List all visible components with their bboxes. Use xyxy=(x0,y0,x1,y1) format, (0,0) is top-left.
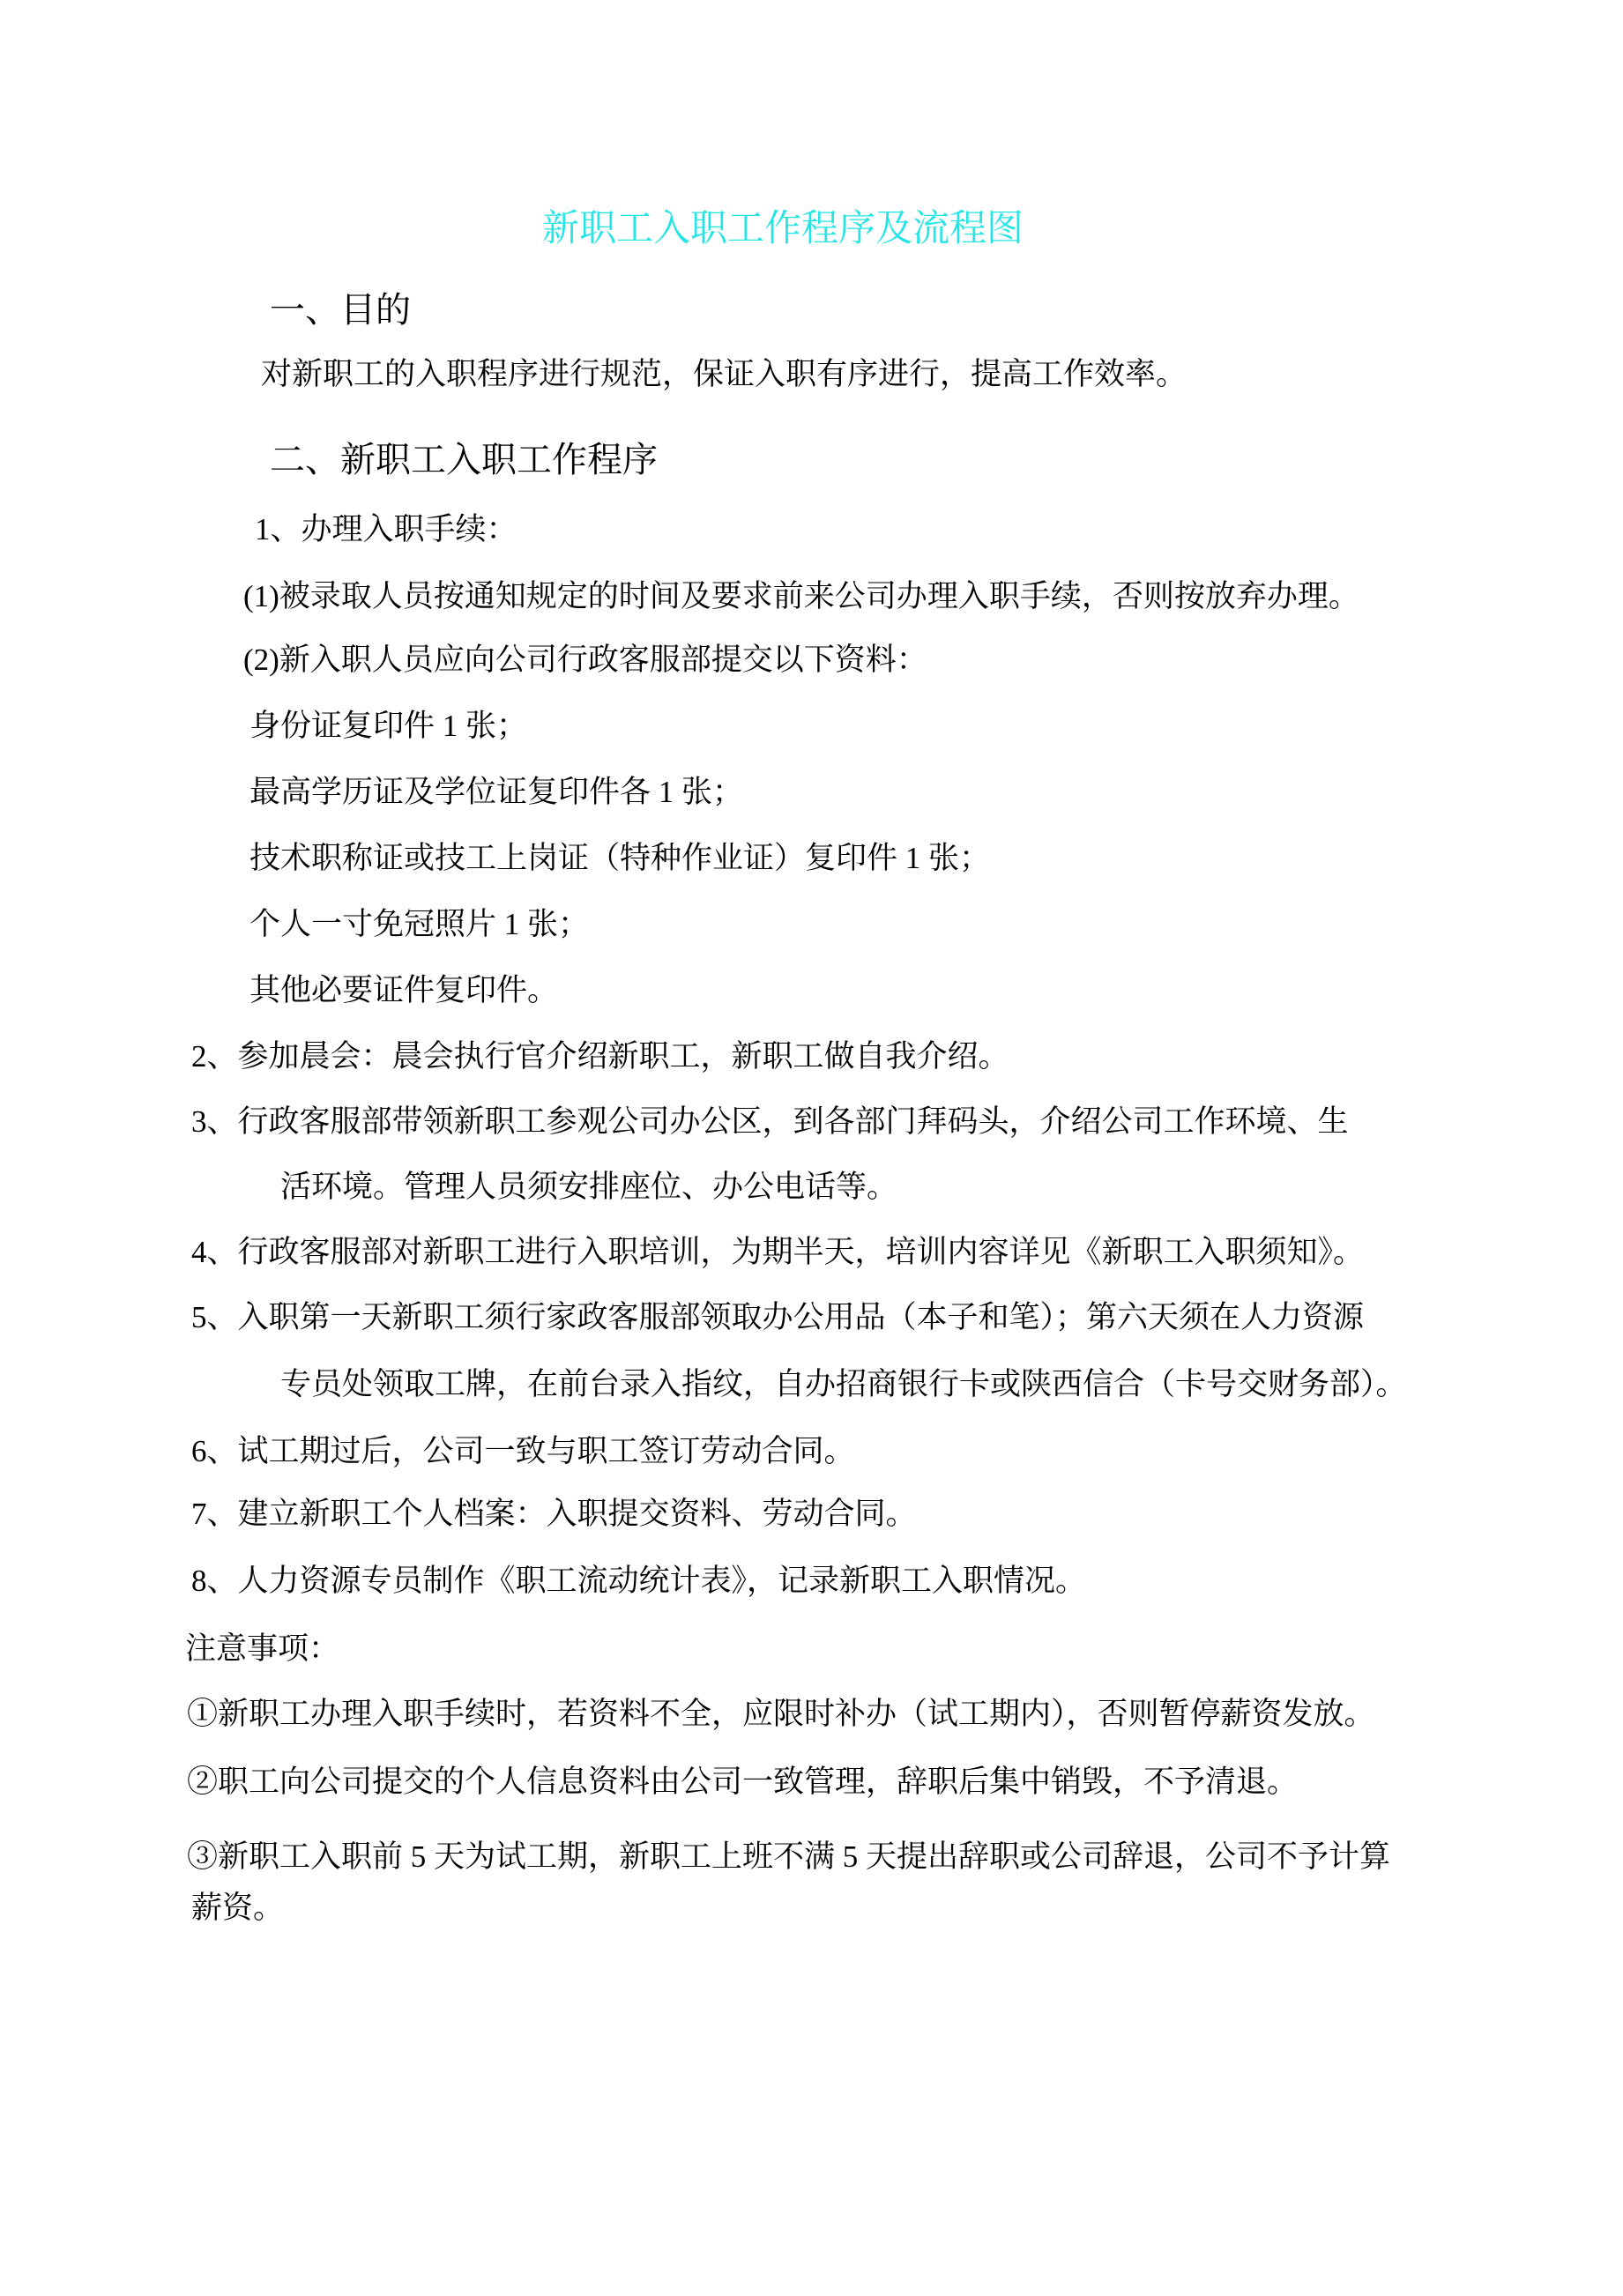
notes-heading: 注意事项： xyxy=(185,1631,339,1667)
item-2: 2、参加晨会：晨会执行官介绍新职工，新职工做自我介绍。 xyxy=(191,1039,1009,1074)
material-line: 其他必要证件复印件。 xyxy=(249,973,558,1008)
item-1-sub-2: (2)新入职人员应向公司行政客服部提交以下资料： xyxy=(243,643,927,678)
document-title: 新职工入职工作程序及流程图 xyxy=(542,208,1024,250)
item-5-line-1: 5、入职第一天新职工须行家政客服部领取办公用品（本子和笔）；第六天须在人力资源 xyxy=(191,1300,1364,1335)
document-page: 新职工入职工作程序及流程图 一、目的 对新职工的入职程序进行规范，保证入职有序进… xyxy=(0,0,1623,2296)
item-1-sub-1: (1)被录取人员按通知规定的时间及要求前来公司办理入职手续，否则按放弃办理。 xyxy=(243,579,1359,614)
note-3-line-2: 薪资。 xyxy=(191,1891,284,1926)
item-7: 7、建立新职工个人档案：入职提交资料、劳动合同。 xyxy=(191,1497,917,1532)
heading-procedure: 二、新职工入职工作程序 xyxy=(270,440,658,480)
item-8: 8、人力资源专员制作《职工流动统计表》，记录新职工入职情况。 xyxy=(191,1564,1086,1599)
material-line: 身份证复印件 1 张； xyxy=(249,709,527,744)
item-3-line-1: 3、行政客服部带领新职工参观公司办公区，到各部门拜码头，介绍公司工作环境、生 xyxy=(191,1104,1349,1140)
item-6: 6、试工期过后，公司一致与职工签订劳动合同。 xyxy=(191,1434,855,1469)
item-4: 4、行政客服部对新职工进行入职培训，为期半天，培训内容详见《新职工入职须知》。 xyxy=(191,1235,1364,1270)
item-1-label: 1、办理入职手续： xyxy=(255,512,517,547)
material-line: 最高学历证及学位证复印件各 1 张； xyxy=(249,775,743,810)
material-line: 个人一寸免冠照片 1 张； xyxy=(249,907,589,942)
item-3-line-2: 活环境。管理人员须安排座位、办公电话等。 xyxy=(280,1170,897,1205)
purpose-text: 对新职工的入职程序进行规范，保证入职有序进行，提高工作效率。 xyxy=(261,357,1187,392)
item-5-line-2: 专员处领取工牌，在前台录入指纹，自办招商银行卡或陕西信合（卡号交财务部）。 xyxy=(280,1367,1407,1402)
material-line: 技术职称证或技工上岗证（特种作业证）复印件 1 张； xyxy=(249,841,990,876)
note-1: ①新职工办理入职手续时，若资料不全，应限时补办（试工期内），否则暂停薪资发放。 xyxy=(187,1697,1375,1732)
heading-purpose: 一、目的 xyxy=(270,290,411,331)
note-2: ②职工向公司提交的个人信息资料由公司一致管理，辞职后集中销毁，不予清退。 xyxy=(187,1765,1298,1800)
note-3-line-1: ③新职工入职前 5 天为试工期，新职工上班不满 5 天提出辞职或公司辞退，公司不… xyxy=(187,1839,1390,1875)
